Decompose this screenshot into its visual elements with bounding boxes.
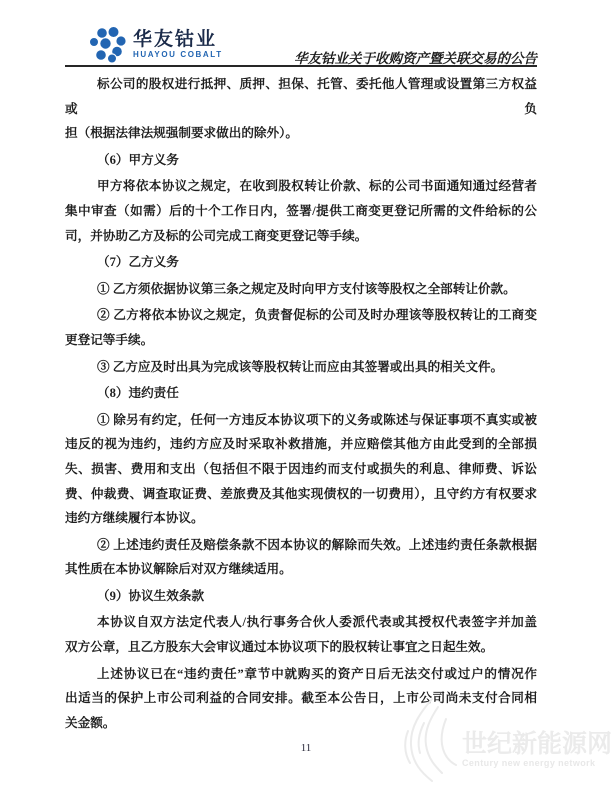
text-line: 关金额。 xyxy=(65,711,537,736)
text-line: 标公司的股权进行抵押、质押、担保、托管、委托他人管理或设置第三方权益或负 xyxy=(65,72,537,121)
header-rule xyxy=(65,65,537,67)
watermark-text-en: Century new energy network xyxy=(462,758,608,768)
text-line: ③ 乙方应及时出具为完成该等股权转让而应由其签署或出具的相关文件。 xyxy=(65,355,537,380)
page-number: 11 xyxy=(0,742,612,754)
text-line: ① 乙方须依据协议第三条之规定及时向甲方支付该等股权之全部转让价款。 xyxy=(65,277,537,302)
logo-text: 华友钴业 HUAYOU COBALT xyxy=(133,29,223,60)
text-line: （9）协议生效条款 xyxy=(65,584,537,609)
text-line: 甲方将依本协议之规定，在收到股权转让价款、标的公司书面通知通过经营者 xyxy=(65,174,537,199)
paragraph: ② 乙方将依本协议之规定，负责督促标的公司及时办理该等股权转让的工商变更登记等手… xyxy=(65,303,537,352)
logo-text-cn: 华友钴业 xyxy=(133,29,223,50)
text-line: 失、损害、费用和支出（包括但不限于因违约而支付或损失的利息、律师费、诉讼 xyxy=(65,457,537,482)
text-line: 违约方继续履行本协议。 xyxy=(65,506,537,531)
paragraph: 上述协议已在“违约责任”章节中就购买的资产日后无法交付或过户的情况作出适当的保护… xyxy=(65,662,537,736)
paragraph: ① 除另有约定，任何一方违反本协议项下的义务或陈述与保证事项不真实或被违反的视为… xyxy=(65,408,537,531)
paragraph: ③ 乙方应及时出具为完成该等股权转让而应由其签署或出具的相关文件。 xyxy=(65,355,537,380)
running-title: 华友钴业关于收购资产暨关联交易的公告 xyxy=(294,47,537,67)
paragraph: 标公司的股权进行抵押、质押、担保、托管、委托他人管理或设置第三方权益或负担（根据… xyxy=(65,72,537,146)
text-line: 违反的视为违约，违约方应及时采取补救措施，并应赔偿其他方由此受到的全部损 xyxy=(65,432,537,457)
text-line: ② 乙方将依本协议之规定，负责督促标的公司及时办理该等股权转让的工商变 xyxy=(65,303,537,328)
logo-text-en: HUAYOU COBALT xyxy=(133,50,223,60)
text-line: 其性质在本协议解除后对双方继续适用。 xyxy=(65,557,537,582)
section-heading: （9）协议生效条款 xyxy=(65,584,537,609)
text-line: 双方公章，且乙方股东大会审议通过本协议项下的股权转让事宜之日起生效。 xyxy=(65,635,537,660)
text-line: 集中审查（如需）后的十个工作日内，签署/提供工商变更登记所需的文件给标的公 xyxy=(65,199,537,224)
paragraph: 甲方将依本协议之规定，在收到股权转让价款、标的公司书面通知通过经营者集中审查（如… xyxy=(65,174,537,248)
cobalt-cluster-icon xyxy=(88,25,128,64)
company-logo: 华友钴业 HUAYOU COBALT xyxy=(88,25,223,64)
paragraph: ① 乙方须依据协议第三条之规定及时向甲方支付该等股权之全部转让价款。 xyxy=(65,277,537,302)
text-line: 更登记等手续。 xyxy=(65,328,537,353)
section-heading: （8）违约责任 xyxy=(65,381,537,406)
text-line: 司，并协助乙方及标的公司完成工商变更登记等手续。 xyxy=(65,224,537,249)
text-line: （7）乙方义务 xyxy=(65,250,537,275)
paragraph: 本协议自双方法定代表人/执行事务合伙人委派代表或其授权代表签字并加盖双方公章，且… xyxy=(65,610,537,659)
text-line: ① 除另有约定，任何一方违反本协议项下的义务或陈述与保证事项不真实或被 xyxy=(65,408,537,433)
text-line: 费、仲裁费、调查取证费、差旅费及其他实现债权的一切费用），且守约方有权要求 xyxy=(65,482,537,507)
text-line: （8）违约责任 xyxy=(65,381,537,406)
document-body: 标公司的股权进行抵押、质押、担保、托管、委托他人管理或设置第三方权益或负担（根据… xyxy=(65,72,537,737)
text-line: ② 上述违约责任及赔偿条款不因本协议的解除而失效。上述违约责任条款根据 xyxy=(65,533,537,558)
text-line: 本协议自双方法定代表人/执行事务合伙人委派代表或其授权代表签字并加盖 xyxy=(65,610,537,635)
text-line: 担（根据法律法规强制要求做出的除外）。 xyxy=(65,121,537,146)
section-heading: （6）甲方义务 xyxy=(65,148,537,173)
section-heading: （7）乙方义务 xyxy=(65,250,537,275)
text-line: 出适当的保护上市公司利益的合同安排。截至本公告日，上市公司尚未支付合同相 xyxy=(65,686,537,711)
text-line: 上述协议已在“违约责任”章节中就购买的资产日后无法交付或过户的情况作 xyxy=(65,662,537,687)
document-page: 华友钴业 HUAYOU COBALT 华友钴业关于收购资产暨关联交易的公告 标公… xyxy=(0,0,612,791)
paragraph: ② 上述违约责任及赔偿条款不因本协议的解除而失效。上述违约责任条款根据其性质在本… xyxy=(65,533,537,582)
text-line: （6）甲方义务 xyxy=(65,148,537,173)
